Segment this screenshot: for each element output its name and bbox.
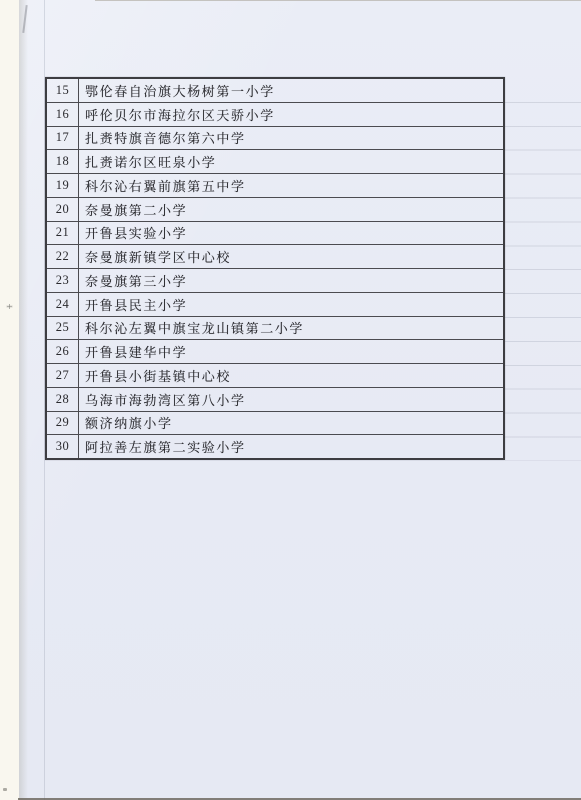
school-list-table: 15 鄂伦春自治旗大杨树第一小学 16 呼伦贝尔市海拉尔区天骄小学 17 扎赉特… [45, 77, 505, 460]
row-number-cell: 30 [47, 435, 79, 458]
table-row: 22 奈曼旗新镇学区中心校 [47, 244, 503, 268]
row-number-cell: 26 [47, 340, 79, 363]
row-number-cell: 23 [47, 269, 79, 292]
row-number-cell: 16 [47, 103, 79, 126]
table-row: 16 呼伦贝尔市海拉尔区天骄小学 [47, 102, 503, 126]
school-name-cell: 扎赉诺尔区旺泉小学 [79, 150, 503, 173]
row-number-cell: 22 [47, 245, 79, 268]
table-row: 30 阿拉善左旗第二实验小学 [47, 434, 503, 458]
table-row: 24 开鲁县民主小学 [47, 292, 503, 316]
school-name-cell: 开鲁县小街基镇中心校 [79, 364, 503, 387]
school-name-cell: 额济纳旗小学 [79, 412, 503, 435]
table-row: 17 扎赉特旗音德尔第六中学 [47, 126, 503, 150]
school-name-cell: 开鲁县建华中学 [79, 340, 503, 363]
row-number-cell: 27 [47, 364, 79, 387]
table-row: 26 开鲁县建华中学 [47, 339, 503, 363]
row-number-cell: 20 [47, 198, 79, 221]
table-row: 29 额济纳旗小学 [47, 411, 503, 435]
table-row: 15 鄂伦春自治旗大杨树第一小学 [47, 79, 503, 102]
school-name-cell: 扎赉特旗音德尔第六中学 [79, 127, 503, 150]
school-name-cell: 鄂伦春自治旗大杨树第一小学 [79, 79, 503, 102]
school-name-cell: 开鲁县民主小学 [79, 293, 503, 316]
scan-margin-shadow [19, 0, 28, 800]
school-name-cell: 奈曼旗第三小学 [79, 269, 503, 292]
school-name-cell: 科尔沁右翼前旗第五中学 [79, 174, 503, 197]
school-name-cell: 科尔沁左翼中旗宝龙山镇第二小学 [79, 317, 503, 340]
scan-edge-top [95, 0, 581, 1]
school-name-cell: 乌海市海勃湾区第八小学 [79, 388, 503, 411]
row-number-cell: 28 [47, 388, 79, 411]
school-name-cell: 奈曼旗第二小学 [79, 198, 503, 221]
row-number-cell: 19 [47, 174, 79, 197]
table-row: 23 奈曼旗第三小学 [47, 268, 503, 292]
school-name-cell: 奈曼旗新镇学区中心校 [79, 245, 503, 268]
table-row: 19 科尔沁右翼前旗第五中学 [47, 173, 503, 197]
row-number-cell: 15 [47, 79, 79, 102]
scan-margin-strip [0, 0, 19, 800]
table-row: 20 奈曼旗第二小学 [47, 197, 503, 221]
scanned-page: 15 鄂伦春自治旗大杨树第一小学 16 呼伦贝尔市海拉尔区天骄小学 17 扎赉特… [0, 0, 581, 800]
row-number-cell: 24 [47, 293, 79, 316]
table-row: 27 开鲁县小街基镇中心校 [47, 363, 503, 387]
scan-speck [7, 306, 12, 307]
school-name-cell: 阿拉善左旗第二实验小学 [79, 435, 503, 458]
row-number-cell: 21 [47, 222, 79, 245]
table-row: 21 开鲁县实验小学 [47, 221, 503, 245]
table-row: 28 乌海市海勃湾区第八小学 [47, 387, 503, 411]
scan-speck [3, 788, 7, 791]
table-row: 25 科尔沁左翼中旗宝龙山镇第二小学 [47, 316, 503, 340]
row-number-cell: 17 [47, 127, 79, 150]
row-number-cell: 29 [47, 412, 79, 435]
school-name-cell: 呼伦贝尔市海拉尔区天骄小学 [79, 103, 503, 126]
scanner-ghost-lines [505, 79, 581, 461]
school-name-cell: 开鲁县实验小学 [79, 222, 503, 245]
row-number-cell: 25 [47, 317, 79, 340]
row-number-cell: 18 [47, 150, 79, 173]
table-row: 18 扎赉诺尔区旺泉小学 [47, 149, 503, 173]
